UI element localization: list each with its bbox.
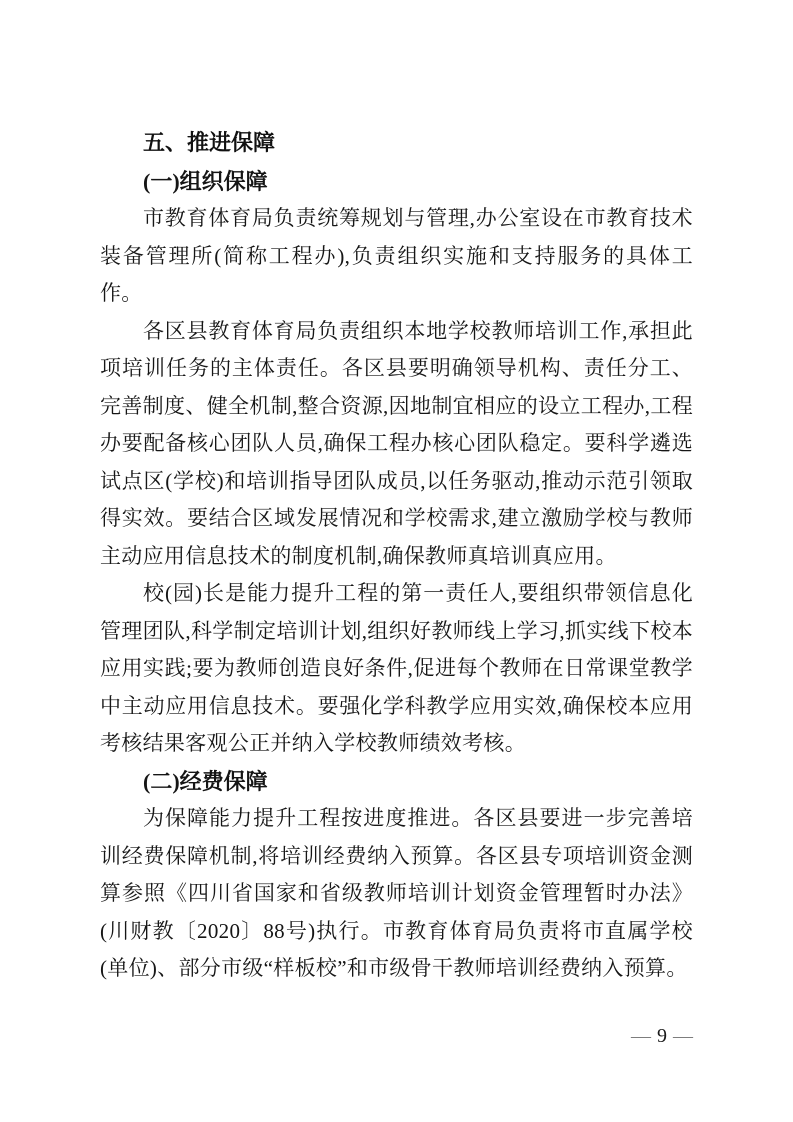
document-content: 五、推进保障 (一)组织保障 市教育体育局负责统筹规划与管理,办公室设在市教育技… — [100, 125, 693, 988]
paragraph-org-1: 市教育体育局负责统筹规划与管理,办公室设在市教育技术装备管理所(简称工程办),负… — [100, 200, 693, 313]
paragraph-org-2: 各区县教育体育局负责组织本地学校教师培训工作,承担此项培训任务的主体责任。各区县… — [100, 313, 693, 576]
page-number-dash-left: — — [631, 1025, 651, 1047]
page-number-dash-right: — — [673, 1025, 693, 1047]
paragraph-funding-1: 为保障能力提升工程按进度推进。各区县要进一步完善培训经费保障机制,将培训经费纳入… — [100, 800, 693, 988]
subsection-heading-funding: (二)经费保障 — [100, 763, 693, 801]
page-number: 9 — [657, 1025, 667, 1047]
document-page: 五、推进保障 (一)组织保障 市教育体育局负责统筹规划与管理,办公室设在市教育技… — [0, 0, 793, 1122]
section-heading: 五、推进保障 — [100, 125, 693, 163]
paragraph-org-3: 校(园)长是能力提升工程的第一责任人,要组织带领信息化管理团队,科学制定培训计划… — [100, 575, 693, 763]
subsection-heading-organization: (一)组织保障 — [100, 163, 693, 201]
page-footer: —9— — [631, 1024, 693, 1048]
